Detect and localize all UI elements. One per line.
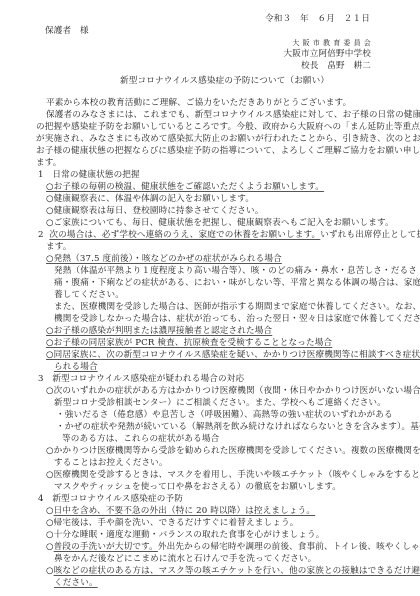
document-date: 令和３ 年 ６月 ２１日 <box>265 13 370 25</box>
section-1-item: ○健康観察表に、体温や体調の記入をお願いします。 <box>46 193 254 205</box>
intro-line: が実施され、みなさまにも改めて感染拡大防止のお願いが行われたことから、引き続き、… <box>36 133 420 145</box>
fever-case-text: 発熱（体温が平熱より１度程度より高い場合等）、咳・のどの痛み・鼻水・息苦しさ・だ… <box>54 265 420 277</box>
section-1-item: ○お子様の毎朝の検温、健康状態をご確認いただくようお願いします。 <box>46 181 324 193</box>
handwash-cont: 鼻をかんだ後などにこまめに流水と石けんで手を洗ってください。 <box>54 553 316 565</box>
consult-text: ○次のいずれかの症状がある方はかかりつけ医療機関（夜間・休日やかかりつけ医がいな… <box>46 385 420 397</box>
addressee: 保護者 様 <box>45 25 89 37</box>
mask-text: ○医療機関を受診するときは、マスクを着用し、手洗いや咳エチケット（咳やくしゃみを… <box>46 469 420 481</box>
symptom-bullet: ・かぜの症状や発熱が続いている（解熱剤を飲み続けなければならないときを含みます）… <box>56 421 420 433</box>
fever-case-title: ○発熱（37.5 度前後）・咳などのかぜの症状がみられる場合 <box>46 253 282 265</box>
section-3-heading: 3 新型コロナウイルス感染症が疑われる場合の対応 <box>38 373 244 385</box>
handwash-text: 外出先からの帰宅時や調理の前後、食事前、トイレ後、咳やくしゃみ、 <box>158 542 420 552</box>
referral-text: ○かかりつけ医療機関等から受診を勧められた医療機関を受診してください。複数の医療… <box>46 445 420 457</box>
section-4-heading: 4 新型コロナウイルス感染症の予防 <box>38 493 183 505</box>
section-2-heading-rest: いずれも出席停止として扱い <box>320 230 420 240</box>
cough-text: 咳などの症状のある方は、マスク等の咳エチケットを行い、他の家族との接触はできるだ… <box>54 566 420 576</box>
cough-item: ○咳などの症状のある方は、マスク等の咳エチケットを行い、他の家族との接触はできる… <box>46 565 420 577</box>
home-item: ○帰宅後は、手や顔を洗い、できるだけすぐに着替えましょう。 <box>46 517 298 529</box>
mask-text: マスクやティッシュを使って口や鼻をおさえる）の徹底をお願いします。 <box>54 481 341 493</box>
family-symptom-case-cont: られる場合 <box>54 361 98 373</box>
outing-item: ○日中を含め、不要不急の外出（特に 20 時以降）は控えましょう。 <box>46 505 315 517</box>
symptom-bullet-cont: 等のある方は、これらの症状がある場合 <box>62 433 219 445</box>
bullet-circle: ○ <box>46 566 54 576</box>
handwash-emphasis: 普段の手洗いが大切です。 <box>54 542 158 552</box>
intro-line: の把握や感染症予防をお願いしているところです。今般、政府から大阪府への「まん延防… <box>36 121 420 133</box>
intro-line: 平素から本校の教育活動にご理解、ご協力をいただきありがとうございます。 <box>46 97 351 109</box>
fever-case-text: 痛・腹痛・下痢などの症状がある、におい・味がしない等、平常と異なる体調の場合は、… <box>54 277 420 289</box>
fever-case-text: 機関を受診しなかった場合は、症状が治っても、治った翌日・翌々日は家庭で休養してく… <box>54 313 420 325</box>
health-item: ○十分な睡眠・適度な運動・バランスの取れた食事を心がけましょう。 <box>46 529 324 541</box>
section-2-heading-emphasis: 次の場合は、必ず学校へ連絡のうえ、家庭での休養をお願いします。 <box>49 230 320 240</box>
family-symptom-case: ○同居家族に、次の新型コロナウイルス感染症を疑い、かかりつけ医療機関等に相談すべ… <box>46 349 420 361</box>
section-2-heading: 2 次の場合は、必ず学校へ連絡のうえ、家庭での休養をお願いします。いずれも出席停… <box>38 229 420 241</box>
section-1-item: ○ご家族についても、毎日、健康状態を把握し、健康観察表へもご記入をお願いします。 <box>46 217 394 229</box>
pcr-case: ○お子様の同居家族が PCR 検査、抗原検査を受検することとなった場合 <box>46 337 332 349</box>
document-title: 新型コロナウイルス感染症の予防について（お願い） <box>120 75 329 87</box>
cough-cont: ください。 <box>54 577 98 589</box>
consult-text: 新型コロナ受診相談センター）にご相談ください。また、学校へもご連絡ください。 <box>54 397 386 409</box>
infection-case: ○お子様の感染が判明または濃厚接触者と認定された場合 <box>46 325 272 337</box>
outing-text: 日中を含め、不要不急の外出（特に 20 時以降）は控えましょう。 <box>54 506 315 516</box>
fever-case-text: 養してください。 <box>54 289 124 301</box>
intro-line: お子様の健康状態の把握ならびに感染症予防の指導について、よろしくご理解ご協力をお… <box>36 145 420 157</box>
handwash-item: ○普段の手洗いが大切です。外出先からの帰宅時や調理の前後、食事前、トイレ後、咳や… <box>46 541 420 553</box>
referral-text: することはお控えください。 <box>54 457 168 469</box>
issuer-principal: 校長 畠野 耕二 <box>301 60 371 72</box>
bullet-circle: ○ <box>46 542 54 552</box>
section-1-item: ○健康観察表は毎日、登校園時に持参させてください。 <box>46 205 264 217</box>
issuer-school: 大阪市立阿倍野中学校 <box>284 48 371 60</box>
section-2-number: 2 <box>38 230 44 240</box>
intro-line: ます。 <box>36 157 62 169</box>
fever-case-text: また、医療機関を受診した場合は、医師が指示する期間まで家庭で休養してください。な… <box>54 301 420 313</box>
intro-line: 保護者のみなさまには、これまでも、新型コロナウイルス感染症に対して、お子様の日常… <box>46 109 420 121</box>
section-2-heading-cont: ます。 <box>46 241 72 253</box>
symptom-bullet: ・強いだるさ（倦怠感）や息苦しさ（呼吸困難）、高熱等の強い症状のいずれかがある <box>56 409 393 421</box>
bullet-circle: ○ <box>46 506 54 516</box>
section-1-heading: 1 日常の健康状態の把握 <box>38 169 140 181</box>
